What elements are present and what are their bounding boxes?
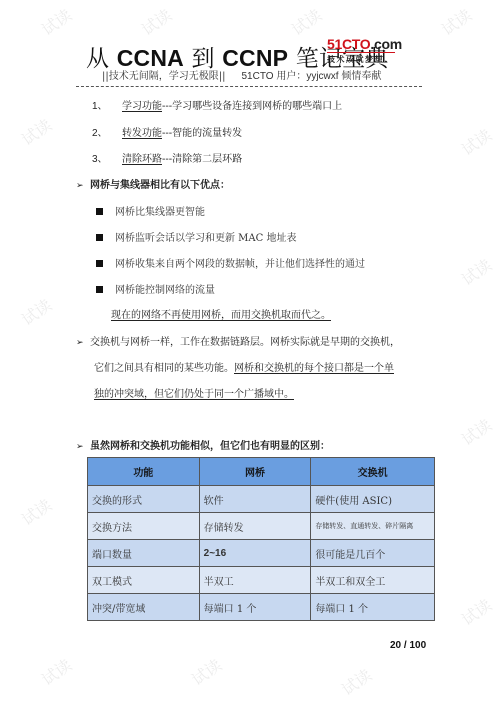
heading-text: 网桥与集线器相比有以下优点： <box>90 180 230 191</box>
subtitle-motto: ||技术无间隔，学习无极限|| <box>102 71 225 82</box>
item-term: 清除环路 <box>122 154 162 165</box>
logo-wordmark: 51CTO.com <box>327 37 395 51</box>
square-bullet-icon <box>96 286 103 293</box>
page-number: 20 / 100 <box>390 640 426 651</box>
column-header: 交换机 <box>311 458 435 486</box>
header-divider <box>76 86 422 87</box>
arrow-bullet-icon: ➢ <box>76 338 90 348</box>
column-header: 功能 <box>88 458 200 486</box>
table-cell: 硬件(使用 ASIC) <box>311 486 435 513</box>
item-number: 3、 <box>92 150 122 165</box>
table-cell: 半双工和双全工 <box>311 567 435 594</box>
watermark: 试读 <box>16 293 55 330</box>
column-header: 网桥 <box>199 458 311 486</box>
item-number: 2、 <box>92 124 122 139</box>
bullet-text: 网桥监听会话以学习和更新 MAC 地址表 <box>115 233 296 244</box>
document-subtitle: ||技术无间隔，学习无极限||51CTO 用户：yyjcwxf 倾情奉献 <box>102 67 381 82</box>
table-cell: 双工模式 <box>88 567 200 594</box>
table-row: 交换的形式 软件 硬件(使用 ASIC) <box>88 486 435 513</box>
table-row: 冲突/带宽域 每端口 1 个 每端口 1 个 <box>88 594 435 621</box>
underlined-text: 网桥和交换机的每个接口都是一个单 <box>234 363 394 374</box>
bullet-item: 网桥能控制网络的流量 <box>96 281 215 296</box>
square-bullet-icon <box>96 260 103 267</box>
numbered-item: 3、清除环路---清除第二层环路 <box>92 150 242 165</box>
square-bullet-icon <box>96 234 103 241</box>
table-cell: 存储转发、直通转发、碎片隔离 <box>311 513 435 540</box>
table-header-row: 功能 网桥 交换机 <box>88 458 435 486</box>
table-cell: 交换的形式 <box>88 486 200 513</box>
square-bullet-icon <box>96 208 103 215</box>
table-cell: 交换方法 <box>88 513 200 540</box>
item-number: 1、 <box>92 97 122 112</box>
bullet-text: 网桥比集线器更智能 <box>115 207 205 218</box>
bullet-item: 网桥比集线器更智能 <box>96 203 205 218</box>
watermark: 试读 <box>456 593 495 630</box>
section-heading: ➢网桥与集线器相比有以下优点： <box>76 176 230 191</box>
watermark: 试读 <box>336 663 375 700</box>
bullet-text: 网桥收集来自两个网段的数据帧，并让他们选择性的通过 <box>115 259 365 270</box>
logo-divider <box>327 52 395 53</box>
logo-red-text: 51CTO <box>327 36 370 52</box>
51cto-logo: 51CTO.com 技术成就梦想 <box>327 37 395 65</box>
watermark: 试读 <box>186 653 225 690</box>
table-cell: 端口数量 <box>88 540 200 567</box>
item-term: 学习功能 <box>122 101 162 112</box>
watermark: 试读 <box>16 113 55 150</box>
logo-slogan: 技术成就梦想 <box>327 54 395 65</box>
item-desc: ---学习哪些设备连接到网桥的哪些端口上 <box>162 101 342 112</box>
bullet-item: 网桥监听会话以学习和更新 MAC 地址表 <box>96 229 296 244</box>
plain-text: 它们之间具有相同的某些功能。 <box>94 363 234 374</box>
note-text: 现在的网络不再使用网桥，而用交换机取而代之。 <box>111 306 331 321</box>
table-row: 双工模式 半双工 半双工和双全工 <box>88 567 435 594</box>
logo-dark-text: .com <box>370 36 401 52</box>
table-cell: 半双工 <box>199 567 311 594</box>
arrow-bullet-icon: ➢ <box>76 442 90 452</box>
watermark: 试读 <box>36 653 75 690</box>
item-desc: ---清除第二层环路 <box>162 154 242 165</box>
numbered-item: 1、学习功能---学习哪些设备连接到网桥的哪些端口上 <box>92 97 342 112</box>
table-cell: 每端口 1 个 <box>199 594 311 621</box>
numbered-item: 2、转发功能---智能的流量转发 <box>92 124 242 139</box>
watermark: 试读 <box>456 253 495 290</box>
bullet-text: 网桥能控制网络的流量 <box>115 285 215 296</box>
paragraph-line: 交换机与网桥一样，工作在数据链路层。网桥实际就是早期的交换机， <box>90 337 400 348</box>
table-cell: 软件 <box>199 486 311 513</box>
watermark: 试读 <box>456 123 495 160</box>
arrow-bullet-icon: ➢ <box>76 181 90 191</box>
paragraph-line: 它们之间具有相同的某些功能。网桥和交换机的每个接口都是一个单 <box>94 359 394 374</box>
page-header: 从 CCNA 到 CCNP 笔记宝典 51CTO.com 技术成就梦想 ||技术… <box>0 0 499 90</box>
watermark: 试读 <box>16 493 55 530</box>
bullet-item: 网桥收集来自两个网段的数据帧，并让他们选择性的通过 <box>96 255 365 270</box>
comparison-table: 功能 网桥 交换机 交换的形式 软件 硬件(使用 ASIC) 交换方法 存储转发… <box>87 457 435 621</box>
table-cell: 冲突/带宽域 <box>88 594 200 621</box>
table-cell: 每端口 1 个 <box>311 594 435 621</box>
watermark: 试读 <box>456 413 495 450</box>
paragraph-line: 独的冲突域，但它们仍处于同一个广播域中。 <box>94 385 294 400</box>
table-cell: 存储转发 <box>199 513 311 540</box>
paragraph: ➢交换机与网桥一样，工作在数据链路层。网桥实际就是早期的交换机， <box>76 333 400 348</box>
table-row: 交换方法 存储转发 存储转发、直通转发、碎片隔离 <box>88 513 435 540</box>
table-cell: 很可能是几百个 <box>311 540 435 567</box>
item-term: 转发功能 <box>122 128 162 139</box>
subtitle-user: 51CTO 用户：yyjcwxf 倾情奉献 <box>241 71 381 82</box>
section-heading: ➢虽然网桥和交换机功能相似，但它们也有明显的区别： <box>76 437 330 452</box>
heading-text: 虽然网桥和交换机功能相似，但它们也有明显的区别： <box>90 441 330 452</box>
item-desc: ---智能的流量转发 <box>162 128 242 139</box>
table-row: 端口数量 2~16 很可能是几百个 <box>88 540 435 567</box>
table-cell: 2~16 <box>199 540 311 567</box>
